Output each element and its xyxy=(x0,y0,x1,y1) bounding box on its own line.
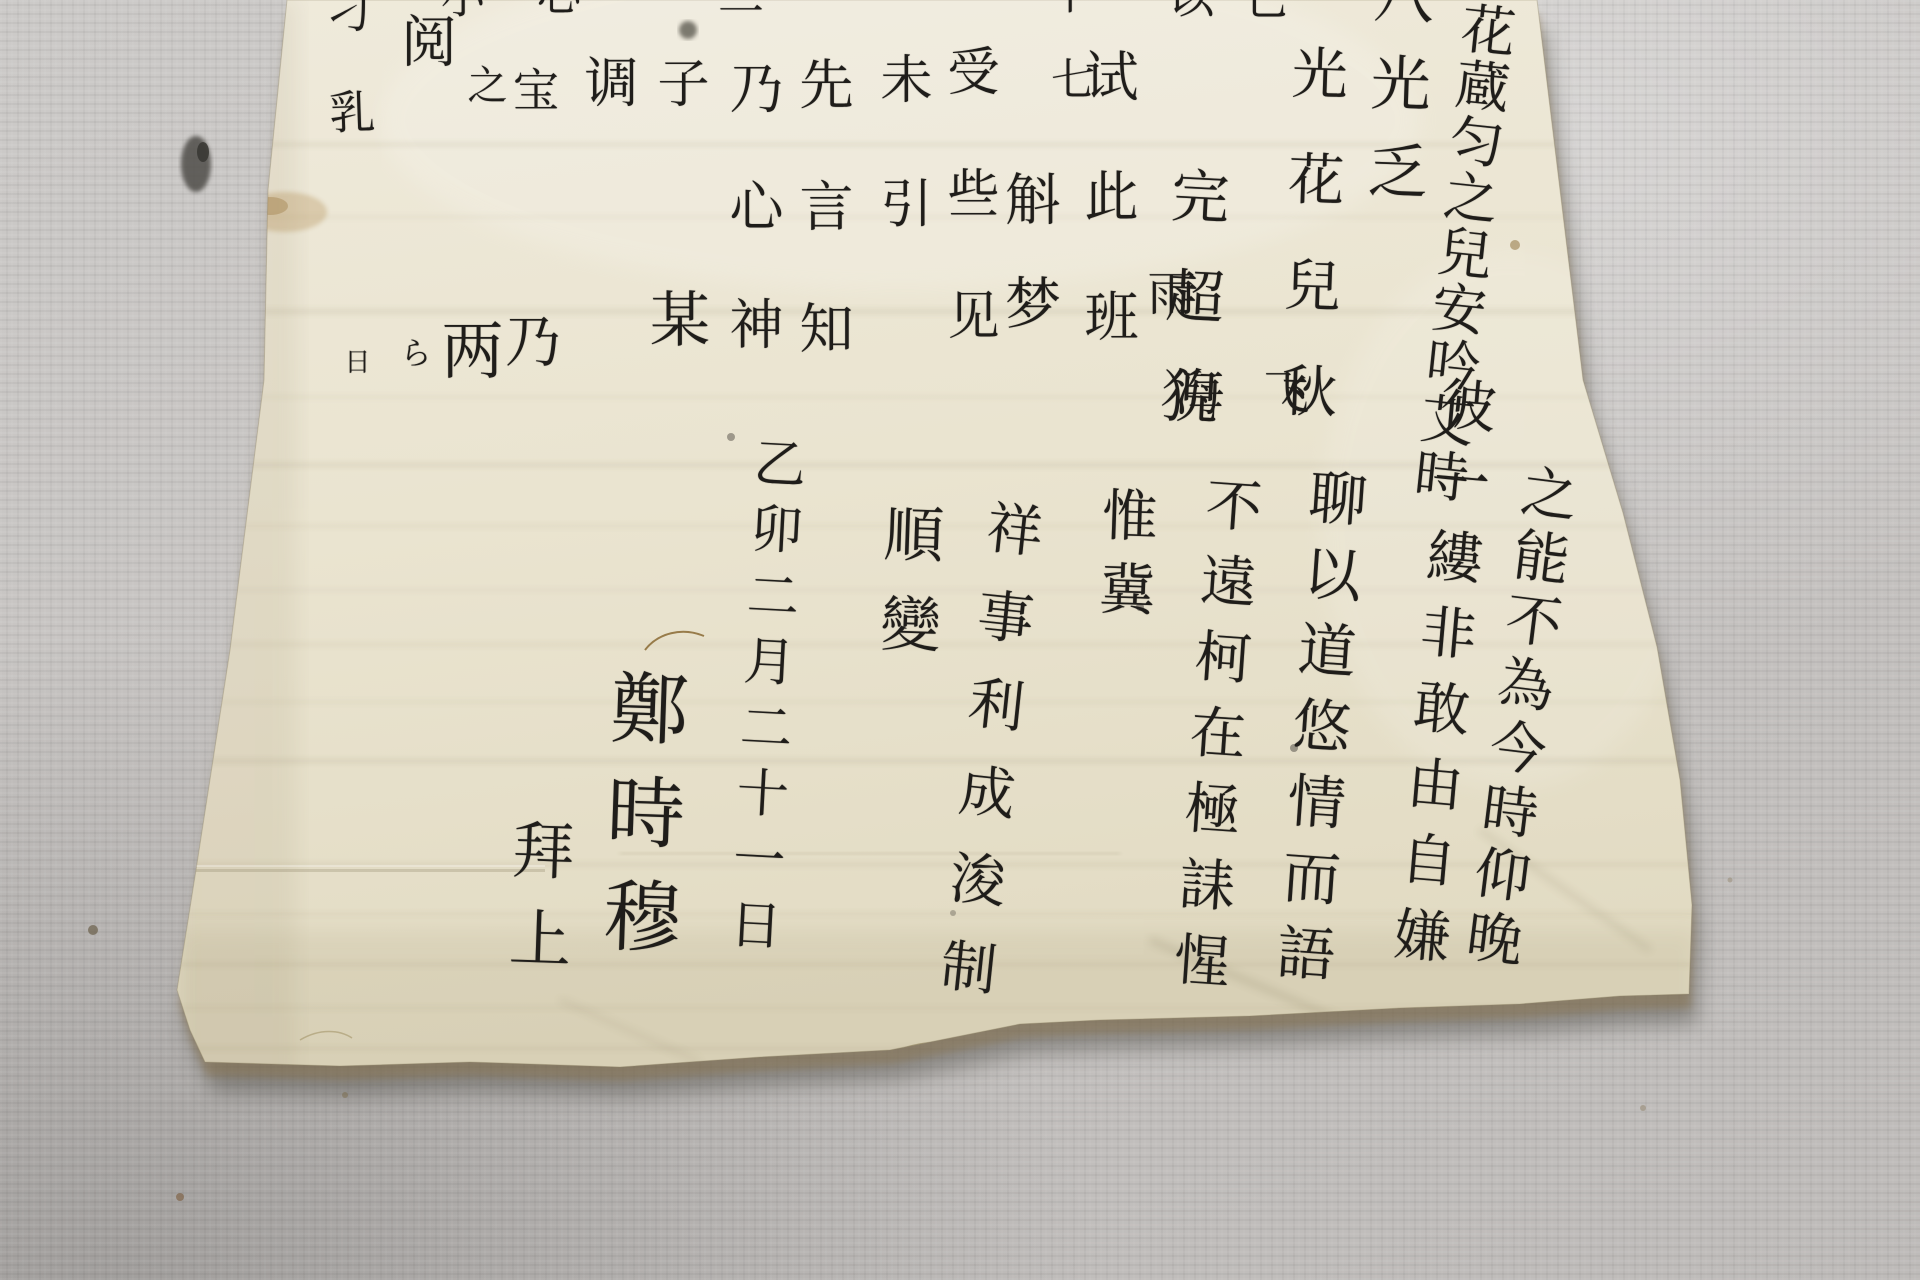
calligraphy-column: 心 xyxy=(532,0,576,16)
calligraphy-column: 未引 xyxy=(875,52,927,300)
calligraphy-column: 日 xyxy=(342,348,368,374)
calligraphy-column: 宝 xyxy=(510,66,556,112)
calligraphy-column: 斛梦 xyxy=(1000,170,1056,378)
calligraphy-column: 拜上 xyxy=(502,817,570,995)
calligraphy-column: 试此班 xyxy=(1080,48,1134,408)
calligraphy-column: 乙卯二月二十一日 xyxy=(722,435,802,965)
calligraphy-column: 聊以道悠情而語 xyxy=(1269,466,1364,1001)
calligraphy: 丷二宀䒑以匕小心刁乳阅之宝日ら两乃调子某乃心神先言知未引受些见斛梦卜七试此班雨完… xyxy=(0,0,1920,1280)
calligraphy-column: 八光乏 xyxy=(1361,0,1430,229)
calligraphy-column: 海 xyxy=(1170,366,1220,416)
calligraphy-column: 某 xyxy=(645,288,705,348)
calligraphy-column: 受些见 xyxy=(942,44,994,410)
calligraphy-column: 之 xyxy=(464,64,504,104)
calligraphy-column: 匕 xyxy=(1240,0,1286,20)
calligraphy-column: 子 xyxy=(652,56,704,108)
calligraphy-column: 不遠柯在極誄惺 xyxy=(1166,474,1259,1009)
calligraphy-column: 刁乳 xyxy=(322,0,375,189)
calligraphy-column: 以 xyxy=(1165,0,1211,18)
calligraphy-column: 惟冀 xyxy=(1093,485,1154,635)
calligraphy-column: 阅 xyxy=(396,12,452,68)
calligraphy-column: 完超猊 xyxy=(1152,164,1226,467)
calligraphy-column: 调 xyxy=(580,54,634,108)
calligraphy-column: 乃 xyxy=(500,312,556,368)
calligraphy-column: 飞 xyxy=(1260,368,1306,414)
calligraphy-column: 鄭時穆 xyxy=(594,667,683,982)
calligraphy-column: 祥事利成浚制 xyxy=(930,497,1041,1028)
calligraphy-column: 丷 xyxy=(588,0,634,16)
photo: 丷二宀䒑以匕小心刁乳阅之宝日ら两乃调子某乃心神先言知未引受些见斛梦卜七试此班雨完… xyxy=(0,0,1920,1280)
calligraphy-column: ら xyxy=(398,336,430,368)
calligraphy-column: 先言知 xyxy=(795,56,849,422)
calligraphy-column: 䒑 xyxy=(888,0,934,20)
calligraphy-column: 乃心神 xyxy=(725,60,779,414)
calligraphy-column: 两 xyxy=(436,318,498,380)
calligraphy-column: 順變 xyxy=(874,502,940,684)
calligraphy-column: 宀 xyxy=(800,0,846,16)
calligraphy-column: 二 xyxy=(715,0,761,18)
